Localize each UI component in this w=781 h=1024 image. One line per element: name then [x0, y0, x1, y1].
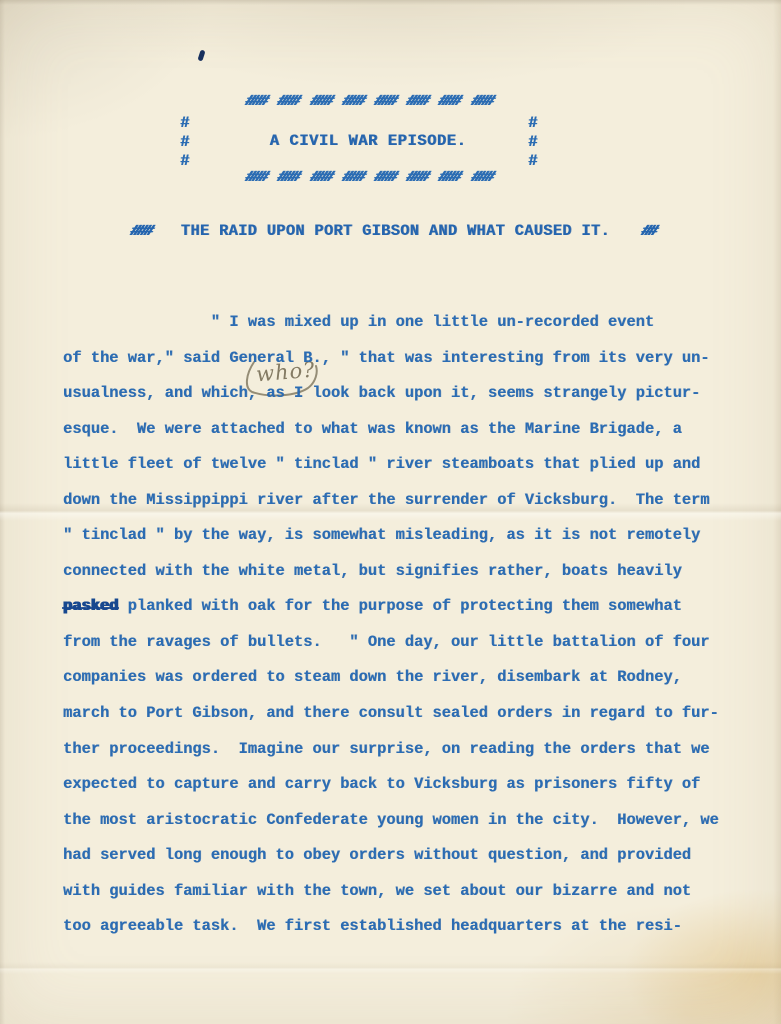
subtitle-hash-right: ## [636, 222, 657, 240]
hash-cluster: ### [273, 168, 301, 186]
hash-cluster: ### [402, 168, 430, 186]
typewritten-line: march to Port Gibson, and there consult … [63, 696, 763, 732]
hash-cluster: ### [306, 92, 334, 110]
hash-glyph: # [528, 114, 542, 133]
document-subtitle-row: ### THE RAID UPON PORT GIBSON AND WHAT C… [125, 222, 659, 240]
line-text: expected to capture and carry back to Vi… [63, 775, 700, 793]
typewritten-line: connected with the white metal, but sign… [63, 554, 763, 590]
hash-cluster: ### [402, 92, 430, 110]
line-text: usualness, and which, as I look back upo… [63, 384, 700, 402]
hash-cluster: ### [467, 92, 495, 110]
typewritten-line: the most aristocratic Confederate young … [63, 803, 763, 839]
line-text: " I was mixed up in one little un-record… [63, 313, 654, 331]
line-text: of the war," said General B., " that was… [63, 349, 710, 367]
hash-glyph: # [180, 114, 194, 133]
typewritten-line: too agreeable task. We first established… [63, 909, 763, 945]
subtitle-hash-left: ### [126, 222, 154, 240]
typewritten-line: with guides familiar with the town, we s… [63, 874, 763, 910]
hash-cluster: ### [338, 168, 366, 186]
typewritten-line: esque. We were attached to what was know… [63, 412, 763, 448]
typewritten-line: " I was mixed up in one little un-record… [63, 305, 763, 341]
typewritten-line: little fleet of twelve " tinclad " river… [63, 447, 763, 483]
hash-glyph: # [180, 152, 194, 171]
line-text: companies was ordered to steam down the … [63, 668, 682, 686]
hash-cluster: ### [273, 92, 301, 110]
hash-cluster: ### [434, 168, 462, 186]
typewritten-line: companies was ordered to steam down the … [63, 660, 763, 696]
line-text: ther proceedings. Imagine our surprise, … [63, 740, 710, 758]
line-text: with guides familiar with the town, we s… [63, 882, 691, 900]
hash-cluster: ### [370, 92, 398, 110]
typewritten-line: had served long enough to obey orders wi… [63, 838, 763, 874]
line-text: connected with the white metal, but sign… [63, 562, 682, 580]
hash-border-top-row: ######################## [168, 92, 568, 110]
typewritten-line: usualness, and which, as I look back upo… [63, 376, 763, 412]
line-text: from the ravages of bullets. " One day, … [63, 633, 710, 651]
hash-cluster: ### [241, 92, 269, 110]
typewritten-line: from the ravages of bullets. " One day, … [63, 625, 763, 661]
line-text: down the Missippippi river after the sur… [63, 491, 710, 509]
hash-cluster: ### [370, 168, 398, 186]
paper-fold-crease-lower [0, 962, 781, 974]
document-title: A CIVIL WAR EPISODE. [168, 132, 568, 150]
title-hash-border-box: ######################## ### ### A CIVIL… [168, 92, 568, 186]
typewritten-line: pasked planked with oak for the purpose … [63, 589, 763, 625]
line-text: little fleet of twelve " tinclad " river… [63, 455, 700, 473]
scanned-document-page: ######################## ### ### A CIVIL… [0, 0, 781, 1024]
line-text: too agreeable task. We first established… [63, 917, 682, 935]
hash-cluster: ### [306, 168, 334, 186]
typewritten-line: ther proceedings. Imagine our surprise, … [63, 732, 763, 768]
line-text: " tinclad " by the way, is somewhat misl… [63, 526, 700, 544]
line-text: march to Port Gibson, and there consult … [63, 704, 719, 722]
hash-cluster: ### [338, 92, 366, 110]
typewritten-line: down the Missippippi river after the sur… [63, 483, 763, 519]
hash-border-bottom-row: ######################## [168, 168, 568, 186]
hash-cluster: ### [241, 168, 269, 186]
document-subtitle: THE RAID UPON PORT GIBSON AND WHAT CAUSE… [181, 222, 610, 240]
overstruck-word: pasked [63, 597, 118, 615]
hash-cluster: ### [467, 168, 495, 186]
typewritten-line: " tinclad " by the way, is somewhat misl… [63, 518, 763, 554]
typewritten-line: expected to capture and carry back to Vi… [63, 767, 763, 803]
typewritten-line: of the war," said General B., " that was… [63, 341, 763, 377]
hash-glyph: # [528, 152, 542, 171]
line-text: the most aristocratic Confederate young … [63, 811, 719, 829]
line-text: esque. We were attached to what was know… [63, 420, 682, 438]
ink-blot [197, 49, 205, 61]
hash-cluster: ### [434, 92, 462, 110]
line-text: had served long enough to obey orders wi… [63, 846, 691, 864]
typewritten-body-paragraph: " I was mixed up in one little un-record… [63, 305, 763, 945]
line-text: planked with oak for the purpose of prot… [118, 597, 681, 615]
